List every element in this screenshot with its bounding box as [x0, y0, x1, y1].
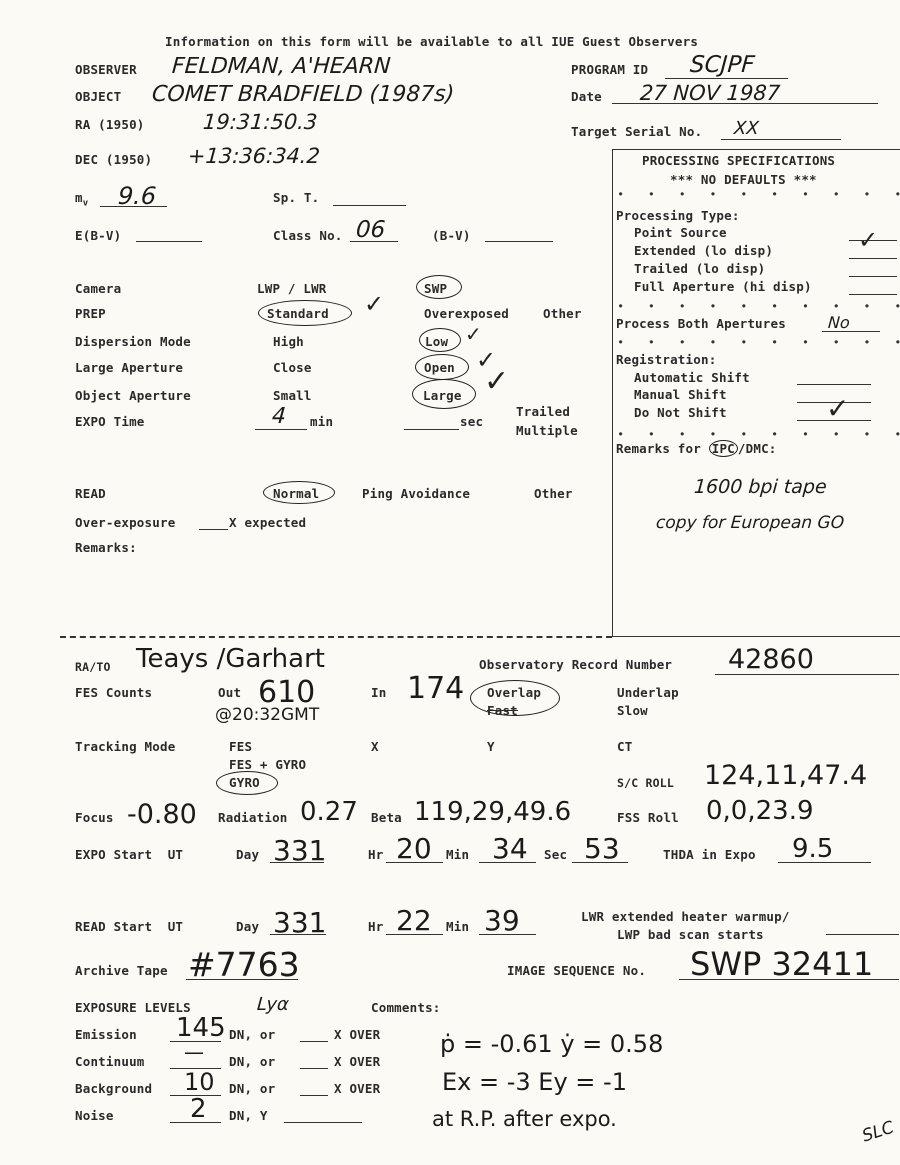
fes-out-time[interactable]: @20:32GMT [215, 705, 319, 725]
background-over-field[interactable] [300, 1095, 328, 1096]
dec-value[interactable]: +13:36:34.2 [187, 144, 321, 168]
overexposure-label: Over-exposure [75, 515, 175, 530]
object-aperture-option-small[interactable]: Small [273, 388, 312, 403]
fes-out-label: Out [218, 685, 241, 700]
background-dn-value[interactable]: 10 [184, 1068, 215, 1096]
read-day-label: Day [236, 919, 259, 934]
spt-field[interactable] [333, 205, 406, 206]
tracking-option-fes-gyro[interactable]: FES + GYRO [229, 757, 306, 772]
continuum-over-label: X OVER [334, 1054, 380, 1069]
expo-sec-label: Sec [544, 847, 567, 862]
expo-multiple[interactable]: Multiple [516, 423, 578, 438]
reg-automatic: Automatic Shift [634, 370, 750, 385]
selection-circle [416, 275, 462, 299]
thda-value[interactable]: 9.5 [792, 834, 833, 864]
target-serial-underline [721, 139, 841, 140]
selection-circle [419, 328, 461, 352]
background-label: Background [75, 1081, 152, 1096]
radiation-value[interactable]: 0.27 [300, 797, 358, 827]
lwp-bad-scan-label: LWP bad scan starts [617, 927, 764, 942]
thda-label: THDA in Expo [663, 847, 756, 862]
expo-day-value[interactable]: 331 [273, 834, 326, 867]
image-sequence-label: IMAGE SEQUENCE No. [507, 963, 646, 978]
remarks-line-1[interactable]: 1600 bpi tape [693, 476, 827, 498]
emission-suffix: DN, or [229, 1027, 275, 1042]
processing-title: PROCESSING SPECIFICATIONS [642, 153, 835, 168]
camera-label: Camera [75, 281, 121, 296]
read-option-other[interactable]: Other [534, 486, 573, 501]
selection-circle [412, 379, 476, 409]
object-label: OBJECT [75, 89, 121, 104]
target-serial-label: Target Serial No. [571, 124, 702, 139]
emission-over-label: X OVER [334, 1027, 380, 1042]
prep-option-overexposed[interactable]: Overexposed [424, 306, 509, 321]
remarks-label: Remarks: [75, 540, 137, 555]
class-label: Class No. [273, 228, 343, 243]
beta-label: Beta [371, 810, 402, 825]
noise-label: Noise [75, 1108, 114, 1123]
continuum-suffix: DN, or [229, 1054, 275, 1069]
type-full-aperture-field[interactable] [849, 294, 897, 295]
observer-label: OBSERVER [75, 62, 137, 77]
comments-label: Comments: [371, 1000, 441, 1015]
processing-subtitle: *** NO DEFAULTS *** [670, 172, 817, 187]
program-id-underline [665, 78, 788, 79]
focus-label: Focus [75, 810, 114, 825]
dec-label: DEC (1950) [75, 152, 152, 167]
ipc-selected: IPC [709, 440, 738, 457]
noise-suffix: DN, Y [229, 1108, 268, 1123]
noise-y-field[interactable] [284, 1122, 362, 1123]
comment-line-3[interactable]: at R.P. after expo. [432, 1107, 617, 1131]
read-hr-label: Hr [368, 919, 383, 934]
selection-circle [263, 481, 335, 504]
expo-hr-label: Hr [368, 847, 383, 862]
dispersion-option-high[interactable]: High [273, 334, 304, 349]
expo-start-label: EXPO Start UT [75, 847, 183, 862]
selection-circle [415, 354, 469, 380]
option-slow[interactable]: Slow [617, 703, 648, 718]
remarks-line-2[interactable]: copy for European GO [655, 513, 844, 533]
class-value[interactable]: 06 [355, 217, 386, 243]
expo-hr-value[interactable]: 20 [396, 832, 432, 865]
expo-trailed[interactable]: Trailed [516, 404, 570, 419]
bv-label: (B-V) [432, 228, 471, 243]
selection-circle [258, 300, 352, 326]
date-label: Date [571, 89, 602, 104]
dotted-separator: • • • • • • • • • • • • • • • • [617, 188, 900, 202]
target-serial-value[interactable]: XX [733, 118, 759, 139]
form-notice: Information on this form will be availab… [165, 34, 698, 49]
record-value[interactable]: 42860 [728, 644, 814, 675]
fes-in-label: In [371, 685, 386, 700]
observer-value[interactable]: FELDMAN, A'HEARN [171, 54, 391, 79]
dotted-separator: • • • • • • • • • • • • • • • • [617, 428, 900, 442]
fss-roll-label: FSS Roll [617, 810, 679, 825]
exposure-levels-label: EXPOSURE LEVELS [75, 1000, 191, 1015]
section-divider [60, 636, 612, 638]
continuum-label: Continuum [75, 1054, 145, 1069]
program-id-label: PROGRAM ID [571, 62, 648, 77]
focus-value[interactable]: -0.80 [127, 799, 197, 830]
date-value[interactable]: 27 NOV 1987 [639, 81, 781, 105]
selection-circle [216, 771, 278, 795]
option-underlap[interactable]: Underlap [617, 685, 679, 700]
fes-label: FES Counts [75, 685, 152, 700]
prep-option-other[interactable]: Other [543, 306, 582, 321]
object-aperture-label: Object Aperture [75, 388, 191, 403]
expo-min-underline [255, 429, 307, 430]
expo-time-label: EXPO Time [75, 414, 145, 429]
emission-dn-value[interactable]: 145 [176, 1013, 226, 1043]
beta-value[interactable]: 119,29,49.6 [414, 797, 571, 827]
reg-manual: Manual Shift [634, 387, 727, 402]
dispersion-label: Dispersion Mode [75, 334, 191, 349]
dotted-separator: • • • • • • • • • • • • • • • • [617, 336, 900, 350]
registration-label: Registration: [616, 352, 716, 367]
processing-box-top-border [612, 149, 900, 150]
x-label: X [371, 739, 379, 754]
mv-value[interactable]: 9.6 [117, 182, 157, 210]
rato-label: RA/TO [75, 660, 111, 674]
checkmark-icon: ✓ [465, 322, 482, 346]
y-label: Y [487, 739, 495, 754]
ebv-label: E(B-V) [75, 228, 121, 243]
radiation-label: Radiation [218, 810, 288, 825]
tracking-label: Tracking Mode [75, 739, 175, 754]
rato-value[interactable]: Teays /Garhart [136, 644, 325, 674]
ct-label: CT [617, 739, 632, 754]
noise-dn-value[interactable]: 2 [190, 1094, 207, 1124]
type-full-aperture: Full Aperture (hi disp) [634, 279, 812, 294]
initials: SLC [860, 1118, 897, 1147]
dotted-separator: • • • • • • • • • • • • • • • • [617, 300, 900, 314]
type-extended: Extended (lo disp) [634, 243, 773, 258]
comment-line-2[interactable]: Ex = -3 Ey = -1 [442, 1068, 627, 1096]
fes-in-value[interactable]: 174 [407, 671, 464, 706]
read-start-label: READ Start UT [75, 919, 183, 934]
ra-value[interactable]: 19:31:50.3 [202, 110, 318, 134]
expo-min-label: Min [446, 847, 469, 862]
prep-label: PREP [75, 306, 106, 321]
read-day-value[interactable]: 331 [273, 906, 326, 939]
checkmark-icon: ✓ [858, 226, 878, 254]
both-apertures-label: Process Both Apertures [616, 316, 786, 331]
read-hr-value[interactable]: 22 [396, 904, 432, 937]
remarks-ipc-dmc-label: Remarks for IPC/DMC: [616, 441, 777, 456]
expo-day-label: Day [236, 847, 259, 862]
read-label: READ [75, 486, 106, 501]
emission-label: Emission [75, 1027, 137, 1042]
continuum-over-field[interactable] [300, 1068, 328, 1069]
archive-tape-value[interactable]: #7763 [188, 945, 300, 984]
type-point-source: Point Source [634, 225, 727, 240]
read-min-value[interactable]: 39 [484, 904, 520, 937]
expo-min-value[interactable]: 4 [271, 404, 287, 429]
overexposure-field[interactable] [199, 529, 228, 530]
reg-do-not-shift: Do Not Shift [634, 405, 727, 420]
expo-sec-unit: sec [460, 414, 483, 429]
processing-type-label: Processing Type: [616, 208, 740, 223]
processing-box-bottom-border [612, 636, 900, 637]
ra-label: RA (1950) [75, 117, 145, 132]
lwr-field[interactable] [826, 934, 899, 935]
ebv-field[interactable] [136, 241, 202, 242]
expo-sec-field[interactable] [404, 429, 459, 430]
mv-label: mv [75, 190, 88, 209]
expo-start-sec-value[interactable]: 53 [584, 832, 620, 865]
lwr-warmup-label: LWR extended heater warmup/ [581, 909, 790, 924]
program-id-value[interactable]: SCJPF [689, 52, 755, 78]
fss-roll-value[interactable]: 0,0,23.9 [706, 796, 814, 826]
reg-automatic-field[interactable] [797, 384, 871, 385]
camera-option-lwp-lwr[interactable]: LWP / LWR [257, 281, 327, 296]
spt-label: Sp. T. [273, 190, 319, 205]
bv-field[interactable] [485, 241, 553, 242]
processing-box-left-border [612, 149, 613, 636]
large-aperture-label: Large Aperture [75, 360, 183, 375]
background-suffix: DN, or [229, 1081, 275, 1096]
expo-start-min-value[interactable]: 34 [492, 832, 528, 865]
sc-roll-value[interactable]: 124,11,47.4 [704, 760, 867, 791]
type-trailed-field[interactable] [849, 276, 897, 277]
checkmark-icon: ✓ [364, 290, 384, 318]
large-aperture-option-close[interactable]: Close [273, 360, 312, 375]
read-min-label: Min [446, 919, 469, 934]
emission-over-field[interactable] [300, 1041, 328, 1042]
tracking-option-fes[interactable]: FES [229, 739, 252, 754]
checkmark-icon: ✓ [826, 392, 849, 425]
overexposure-suffix: X expected [229, 515, 306, 530]
exposure-levels-note[interactable]: Lyα [256, 994, 289, 1015]
background-over-label: X OVER [334, 1081, 380, 1096]
checkmark-icon: ✓ [484, 364, 509, 399]
read-option-ping-avoidance[interactable]: Ping Avoidance [362, 486, 470, 501]
type-trailed: Trailed (lo disp) [634, 261, 765, 276]
sc-roll-label: S/C ROLL [617, 776, 674, 790]
type-extended-field[interactable] [849, 258, 897, 259]
continuum-dn-value[interactable]: — [184, 1040, 204, 1064]
archive-tape-label: Archive Tape [75, 963, 168, 978]
image-sequence-value[interactable]: SWP 32411 [690, 945, 873, 983]
record-label: Observatory Record Number [479, 657, 672, 672]
comment-line-1[interactable]: ṗ = -0.61 ẏ = 0.58 [440, 1030, 663, 1058]
selection-circle [470, 680, 560, 716]
both-apertures-value[interactable]: No [827, 313, 850, 332]
expo-min-unit: min [310, 414, 333, 429]
object-value[interactable]: COMET BRADFIELD (1987s) [151, 82, 455, 107]
